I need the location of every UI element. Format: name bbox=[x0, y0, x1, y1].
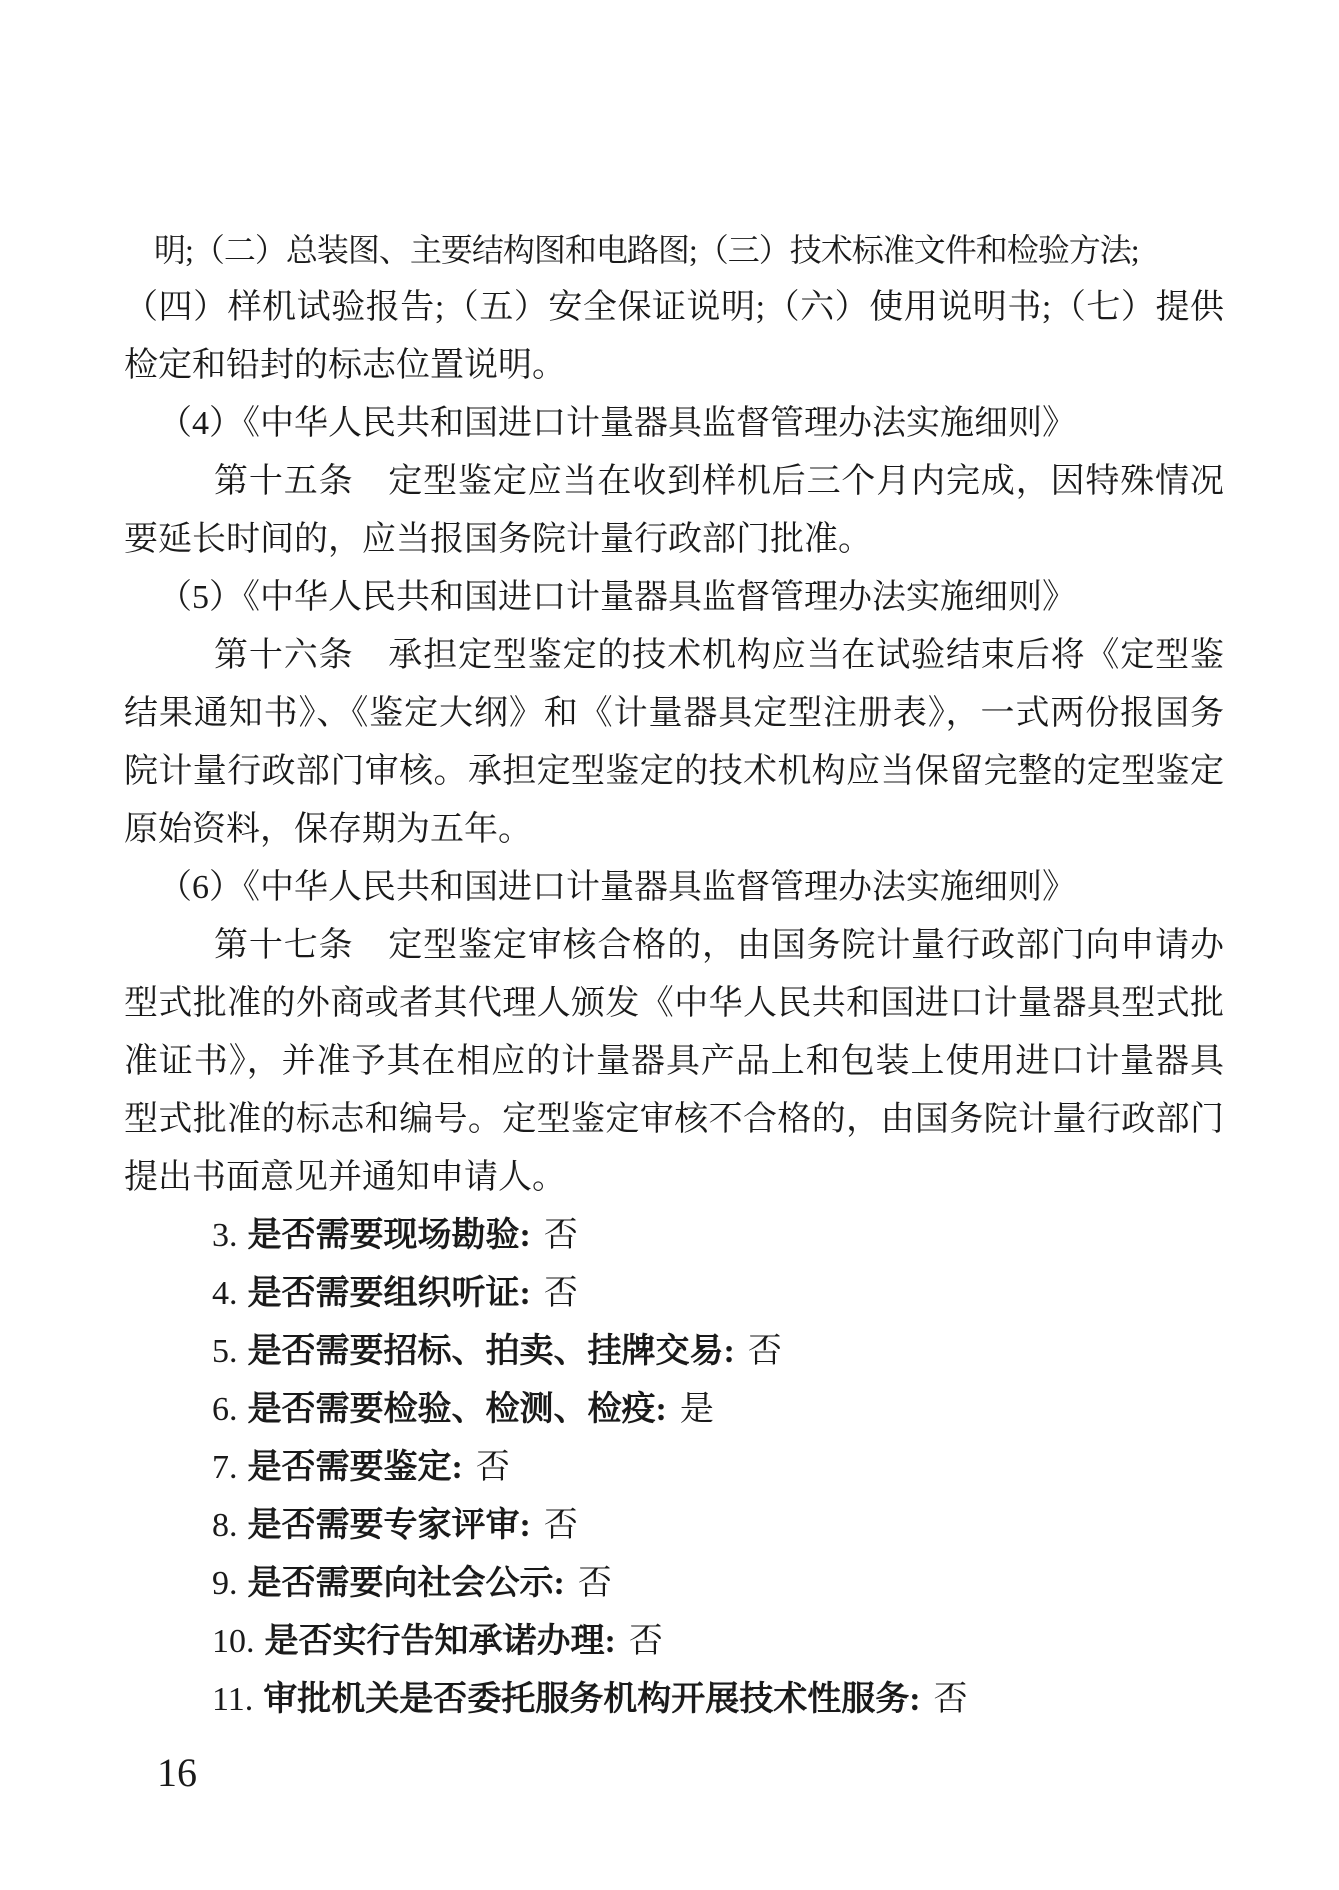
item-label: 是否需要招标、拍卖、挂牌交易 bbox=[248, 1333, 724, 1370]
item-colon: : bbox=[554, 1565, 565, 1602]
body-line: 型式批准的外商或者其代理人颁发《中华人民共和国进口计量器具型式批 bbox=[124, 975, 1224, 1033]
body-line-article-17: 第十七条 定型鉴定审核合格的，由国务院计量行政部门向申请办理 bbox=[124, 917, 1224, 975]
item-answer: 否 bbox=[544, 1217, 578, 1254]
requirement-checklist: 3.是否需要现场勘验:否 4.是否需要组织听证:否 5.是否需要招标、拍卖、挂牌… bbox=[124, 1207, 1224, 1729]
item-number: 7. bbox=[212, 1449, 238, 1486]
item-number: 8. bbox=[212, 1507, 238, 1544]
checklist-item-11: 11.审批机关是否委托服务机构开展技术性服务:否 bbox=[124, 1671, 1224, 1729]
item-label: 审批机关是否委托服务机构开展技术性服务 bbox=[263, 1681, 909, 1718]
body-line-item-4-heading: （4）《中华人民共和国进口计量器具监督管理办法实施细则》 bbox=[124, 395, 1224, 453]
item-colon: : bbox=[452, 1449, 463, 1486]
item-number: 11. bbox=[212, 1681, 253, 1718]
item-answer: 否 bbox=[476, 1449, 510, 1486]
item-label: 是否需要向社会公示 bbox=[248, 1565, 554, 1602]
item-answer: 否 bbox=[629, 1623, 663, 1660]
item-colon: : bbox=[724, 1333, 735, 1370]
checklist-item-9: 9.是否需要向社会公示:否 bbox=[124, 1555, 1224, 1613]
item-answer: 否 bbox=[544, 1507, 578, 1544]
item-colon: : bbox=[605, 1623, 616, 1660]
item-colon: : bbox=[909, 1681, 920, 1718]
body-line: 院计量行政部门审核。承担定型鉴定的技术机构应当保留完整的定型鉴定 bbox=[124, 743, 1224, 801]
checklist-item-6: 6.是否需要检验、检测、检疫:是 bbox=[124, 1381, 1224, 1439]
body-line: 明;（二）总装图、主要结构图和电路图;（三）技术标准文件和检验方法; bbox=[124, 221, 1224, 279]
item-answer: 是 bbox=[680, 1391, 714, 1428]
checklist-item-10: 10.是否实行告知承诺办理:否 bbox=[124, 1613, 1224, 1671]
body-line: 准证书》，并准予其在相应的计量器具产品上和包装上使用进口计量器具 bbox=[124, 1033, 1224, 1091]
item-label: 是否需要专家评审 bbox=[248, 1507, 520, 1544]
body-line-article-15: 第十五条 定型鉴定应当在收到样机后三个月内完成，因特殊情况需 bbox=[124, 453, 1224, 511]
document-page: 明;（二）总装图、主要结构图和电路图;（三）技术标准文件和检验方法; （四）样机… bbox=[0, 0, 1339, 1890]
body-line: 原始资料，保存期为五年。 bbox=[124, 801, 1224, 859]
item-answer: 否 bbox=[544, 1275, 578, 1312]
item-label: 是否需要鉴定 bbox=[248, 1449, 452, 1486]
item-label: 是否需要组织听证 bbox=[248, 1275, 520, 1312]
document-body: 明;（二）总装图、主要结构图和电路图;（三）技术标准文件和检验方法; （四）样机… bbox=[124, 221, 1224, 1207]
body-line: 要延长时间的，应当报国务院计量行政部门批准。 bbox=[124, 511, 1224, 569]
body-line: 型式批准的标志和编号。定型鉴定审核不合格的，由国务院计量行政部门 bbox=[124, 1091, 1224, 1149]
item-answer: 否 bbox=[934, 1681, 968, 1718]
item-label: 是否需要现场勘验 bbox=[248, 1217, 520, 1254]
body-line: 检定和铅封的标志位置说明。 bbox=[124, 337, 1224, 395]
item-colon: : bbox=[520, 1275, 531, 1312]
item-answer: 否 bbox=[578, 1565, 612, 1602]
item-number: 5. bbox=[212, 1333, 238, 1370]
item-number: 3. bbox=[212, 1217, 238, 1254]
item-label: 是否实行告知承诺办理 bbox=[265, 1623, 605, 1660]
body-line: 提出书面意见并通知申请人。 bbox=[124, 1149, 1224, 1207]
checklist-item-7: 7.是否需要鉴定:否 bbox=[124, 1439, 1224, 1497]
body-line: 结果通知书》、《鉴定大纲》和《计量器具定型注册表》，一式两份报国务 bbox=[124, 685, 1224, 743]
checklist-item-8: 8.是否需要专家评审:否 bbox=[124, 1497, 1224, 1555]
item-number: 4. bbox=[212, 1275, 238, 1312]
item-colon: : bbox=[520, 1507, 531, 1544]
checklist-item-3: 3.是否需要现场勘验:否 bbox=[124, 1207, 1224, 1265]
item-number: 9. bbox=[212, 1565, 238, 1602]
page-number: 16 bbox=[157, 1750, 197, 1796]
item-colon: : bbox=[656, 1391, 667, 1428]
item-label: 是否需要检验、检测、检疫 bbox=[248, 1391, 656, 1428]
item-colon: : bbox=[520, 1217, 531, 1254]
body-line-item-6-heading: （6）《中华人民共和国进口计量器具监督管理办法实施细则》 bbox=[124, 859, 1224, 917]
item-number: 6. bbox=[212, 1391, 238, 1428]
body-line-item-5-heading: （5）《中华人民共和国进口计量器具监督管理办法实施细则》 bbox=[124, 569, 1224, 627]
checklist-item-4: 4.是否需要组织听证:否 bbox=[124, 1265, 1224, 1323]
body-line-article-16: 第十六条 承担定型鉴定的技术机构应当在试验结束后将《定型鉴定 bbox=[124, 627, 1224, 685]
item-number: 10. bbox=[212, 1623, 255, 1660]
item-answer: 否 bbox=[748, 1333, 782, 1370]
body-line: （四）样机试验报告;（五）安全保证说明;（六）使用说明书;（七）提供 bbox=[124, 279, 1224, 337]
checklist-item-5: 5.是否需要招标、拍卖、挂牌交易:否 bbox=[124, 1323, 1224, 1381]
